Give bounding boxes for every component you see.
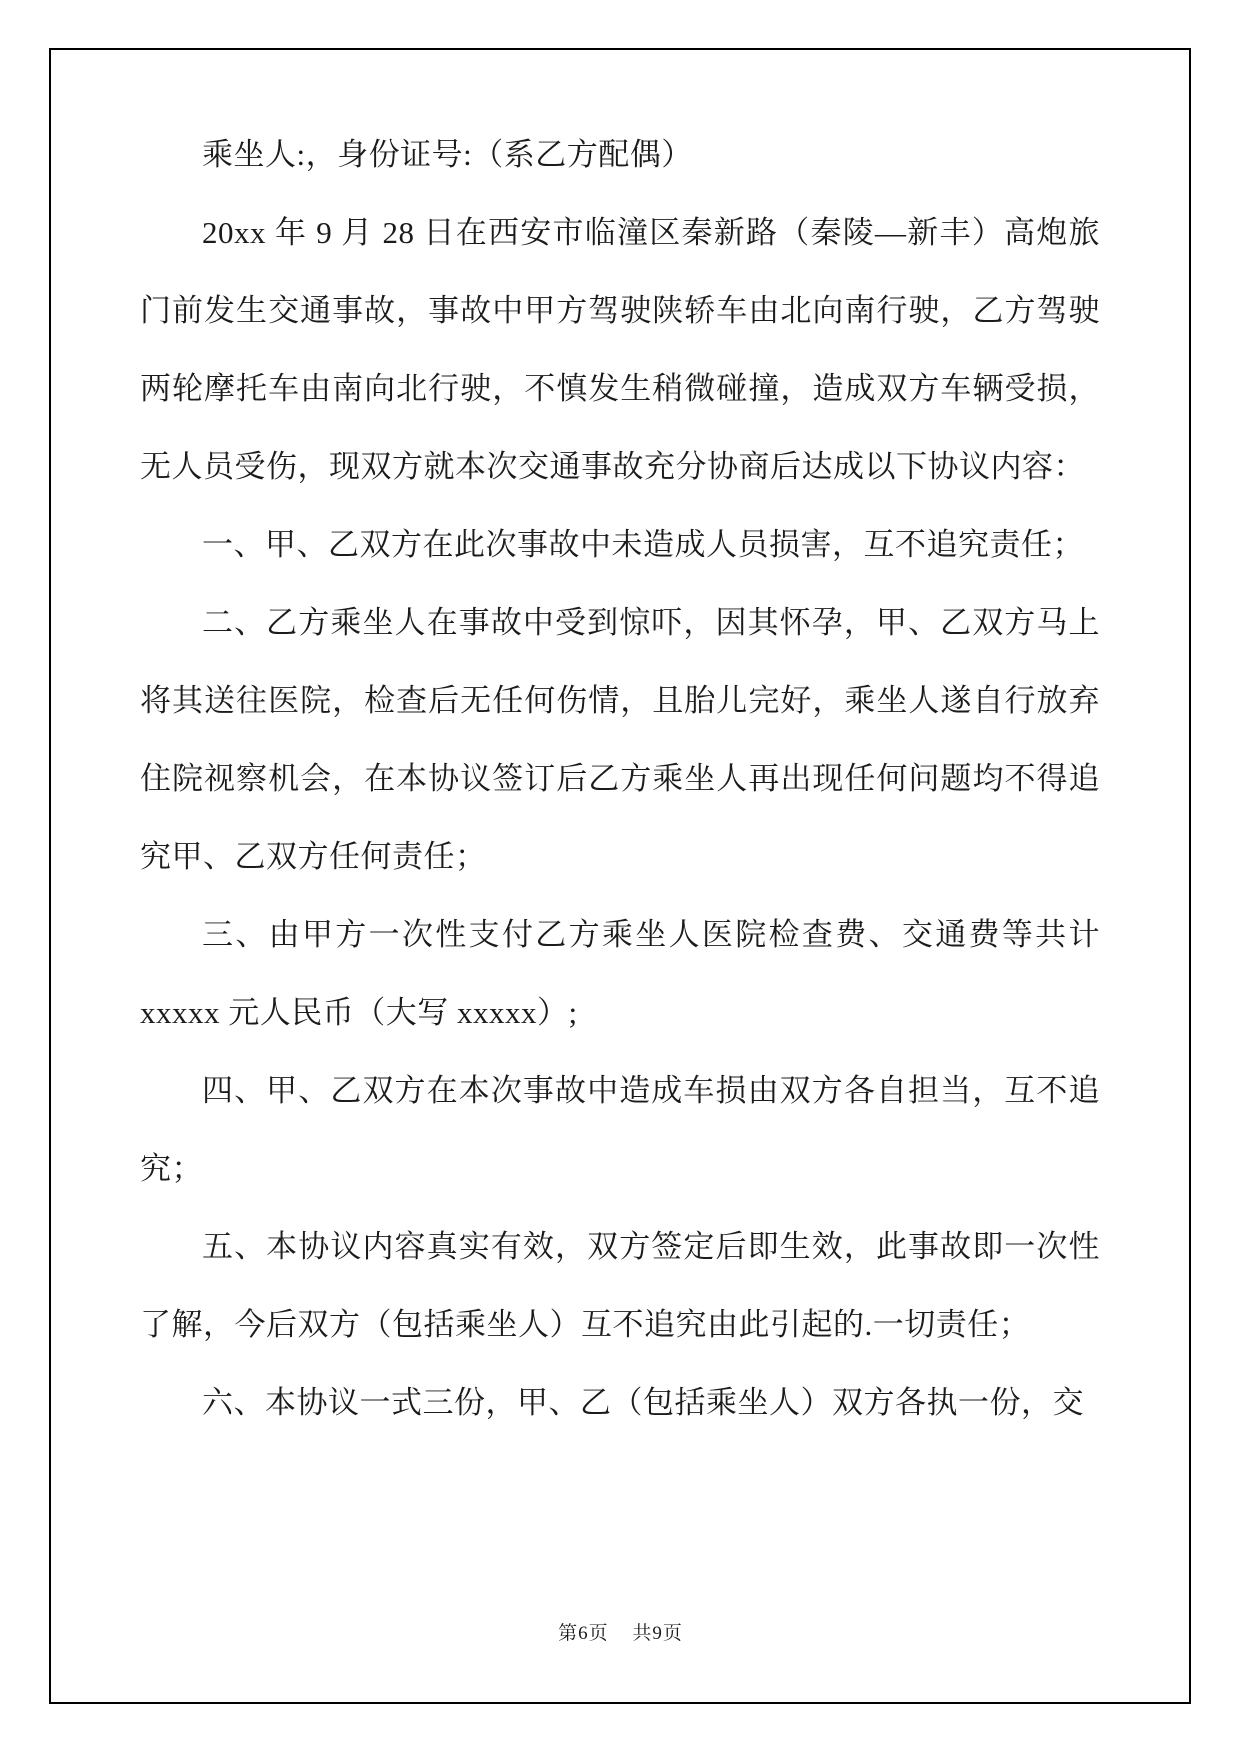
paragraph: 六、本协议一式三份，甲、乙（包括乘坐人）双方各执一份，交 (140, 1364, 1100, 1442)
paragraph: 四、甲、乙双方在本次事故中造成车损由双方各自担当，互不追究； (140, 1052, 1100, 1208)
page-footer: 第6页 共9页 (0, 1618, 1241, 1645)
paragraph: 一、甲、乙双方在此次事故中未造成人员损害，互不追究责任； (140, 506, 1100, 584)
document-body: 乘坐人:，身份证号:（系乙方配偶） 20xx 年 9 月 28 日在西安市临潼区… (140, 116, 1100, 1442)
paragraph: 20xx 年 9 月 28 日在西安市临潼区秦新路（秦陵—新丰）高炮旅门前发生交… (140, 194, 1100, 506)
paragraph: 二、乙方乘坐人在事故中受到惊吓，因其怀孕，甲、乙双方马上将其送往医院，检查后无任… (140, 584, 1100, 896)
paragraph: 三、由甲方一次性支付乙方乘坐人医院检查费、交通费等共计xxxxx 元人民币（大写… (140, 896, 1100, 1052)
paragraph: 乘坐人:，身份证号:（系乙方配偶） (140, 116, 1100, 194)
total-pages: 共9页 (632, 1623, 683, 1644)
page-number: 第6页 (558, 1623, 609, 1644)
paragraph: 五、本协议内容真实有效，双方签定后即生效，此事故即一次性了解，今后双方（包括乘坐… (140, 1208, 1100, 1364)
document-page: 乘坐人:，身份证号:（系乙方配偶） 20xx 年 9 月 28 日在西安市临潼区… (0, 0, 1241, 1754)
